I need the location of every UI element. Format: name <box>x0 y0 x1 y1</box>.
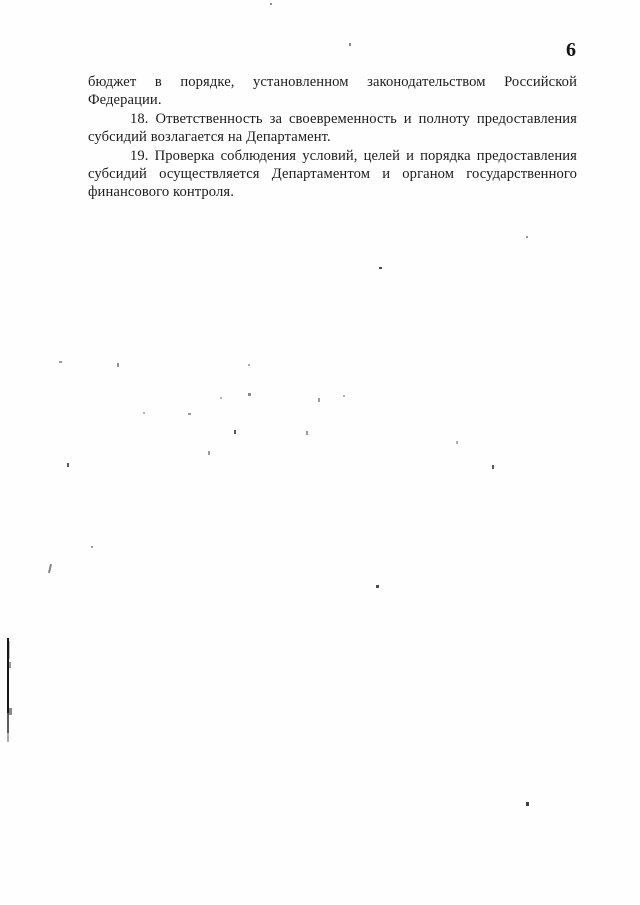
scan-speck <box>270 3 272 5</box>
scan-speck <box>117 363 119 367</box>
scan-speck <box>248 393 251 396</box>
text-line: 19. Проверка соблюдения условий, целей и… <box>88 147 577 165</box>
scan-speck <box>379 267 382 269</box>
scan-speck <box>306 431 308 435</box>
text-line: субсидий осуществляется Департаментом и … <box>88 165 577 183</box>
page-number: 6 <box>566 40 576 60</box>
scan-speck <box>526 802 529 806</box>
scan-speck <box>91 546 93 548</box>
scan-speck <box>492 465 494 469</box>
scan-speck <box>456 441 458 444</box>
text-line: субсидий возлагается на Департамент. <box>88 128 577 146</box>
scan-edge-line-segment <box>9 641 10 659</box>
text-line: финансового контроля. <box>88 183 577 201</box>
scan-speck <box>220 397 222 399</box>
paragraph: бюджет в порядке, установленном законода… <box>88 73 577 110</box>
scanned-document-page: 6 бюджет в порядке, установленном законо… <box>0 0 640 905</box>
scan-speck <box>376 585 379 588</box>
scan-speck <box>318 398 320 402</box>
text-line: 18. Ответственность за своевременность и… <box>88 110 577 128</box>
scan-speck <box>208 451 210 455</box>
scan-edge-line-segment <box>7 638 9 713</box>
scan-edge-line-segment <box>7 713 9 733</box>
text-line: Федерации. <box>88 91 577 109</box>
scan-speck <box>526 236 528 238</box>
paragraph: 19. Проверка соблюдения условий, целей и… <box>88 147 577 202</box>
scan-scratch-mark <box>48 564 52 573</box>
scan-edge-line-segment <box>7 733 9 742</box>
scan-speck <box>59 361 62 363</box>
scan-edge-line-segment <box>9 708 12 715</box>
text-line: бюджет в порядке, установленном законода… <box>88 73 577 91</box>
scan-speck <box>143 412 145 414</box>
scan-speck <box>234 430 236 434</box>
scan-speck <box>343 395 345 397</box>
scan-speck <box>349 43 351 46</box>
scan-edge-line-segment <box>9 662 11 668</box>
paragraph: 18. Ответственность за своевременность и… <box>88 110 577 147</box>
document-text-block: бюджет в порядке, установленном законода… <box>88 73 577 202</box>
scan-speck <box>188 413 191 415</box>
scan-speck <box>67 463 69 467</box>
scan-speck <box>248 364 250 366</box>
